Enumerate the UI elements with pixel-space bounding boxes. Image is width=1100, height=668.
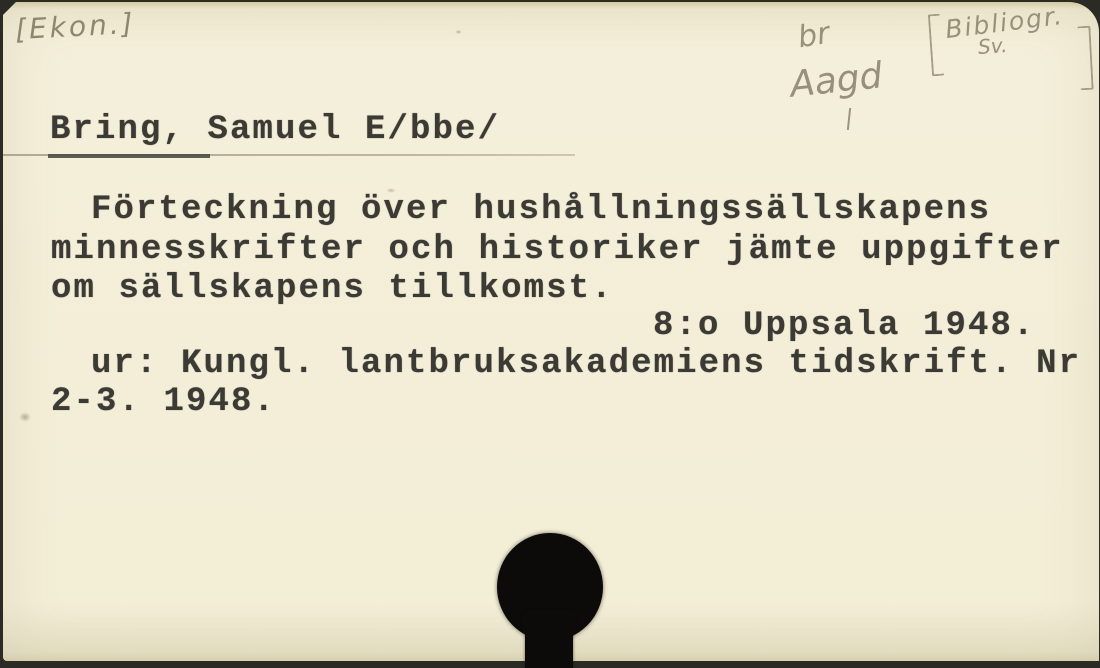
- pencil-sv-note: Sv.: [977, 33, 1008, 59]
- body-line: minnesskrifter och historiker jämte uppg…: [51, 232, 1064, 269]
- pencil-bracket-right-icon: [1077, 26, 1093, 91]
- punch-hole-stem: [525, 612, 573, 668]
- heading-underline: [48, 154, 210, 158]
- index-card: [Ekon.] br Aagd Bibliogr. Sv. Bring, Sam…: [3, 2, 1099, 661]
- catalog-card-scan: [Ekon.] br Aagd Bibliogr. Sv. Bring, Sam…: [0, 0, 1100, 668]
- card-heading-author: Bring, Samuel E/bbe/: [50, 112, 500, 149]
- pencil-classification-note: [Ekon.]: [14, 7, 136, 46]
- paper-speck: [386, 188, 396, 193]
- pencil-smudge: [19, 412, 31, 422]
- pencil-note-line1: br: [795, 16, 831, 55]
- source-line: 2-3. 1948.: [51, 384, 276, 421]
- pencil-bracket-left-icon: [928, 14, 944, 77]
- body-line: Förteckning över hushållningssällskapens: [91, 192, 991, 229]
- pencil-note-line2: Aagd: [788, 55, 884, 105]
- imprint-line: 8:o Uppsala 1948.: [653, 308, 1036, 345]
- scan-corner-cut: [0, 0, 26, 20]
- source-line: ur: Kungl. lantbruksakademiens tidskrift…: [91, 346, 1081, 383]
- pencil-stroke: [847, 108, 851, 130]
- paper-speck: [455, 30, 462, 34]
- body-line: om sällskapens tillkomst.: [51, 271, 614, 308]
